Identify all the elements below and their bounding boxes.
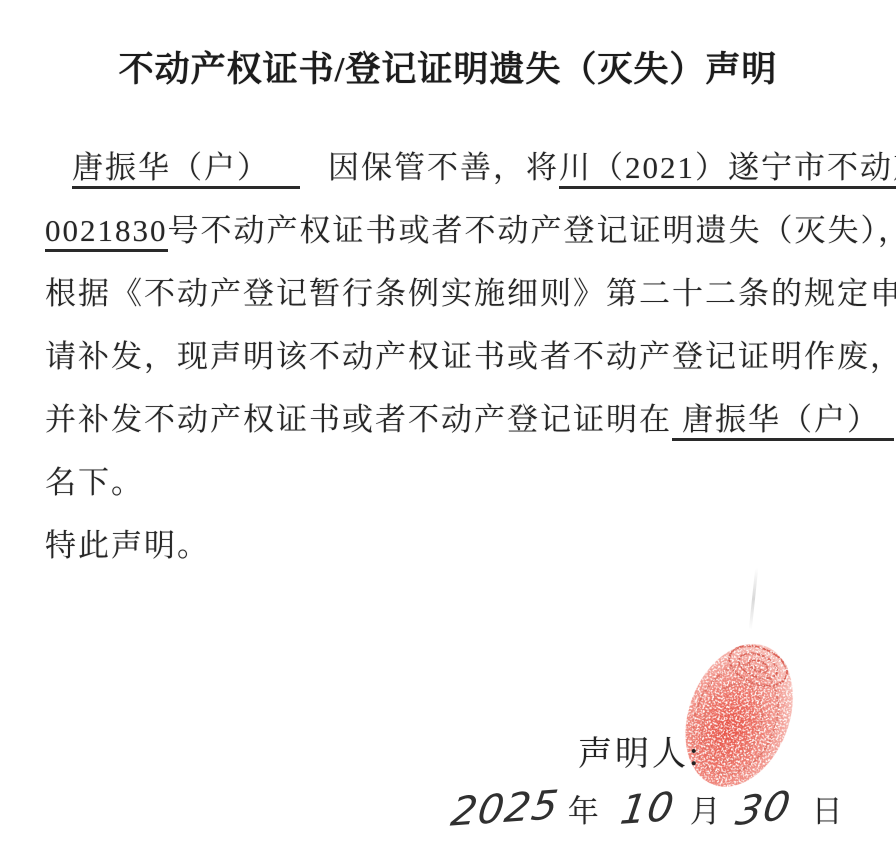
body-line-2: 0021830号不动产权证书或者不动产登记证明遗失（灭失）， xyxy=(45,199,865,262)
ink-smudge xyxy=(749,568,758,630)
grantee-name-underlined: 唐振华（户） xyxy=(672,402,894,441)
body-line-7: 特此声明。 xyxy=(45,514,865,577)
body-line-3: 根据《不动产登记暂行条例实施细则》第二十二条的规定申 xyxy=(45,262,865,325)
declarant-name-underlined: 唐振华（户） xyxy=(72,150,300,189)
month-label: 月 xyxy=(690,786,721,831)
day-label: 日 xyxy=(812,786,843,831)
date-year-handwritten: 2025 xyxy=(448,782,562,835)
declaration-body: 唐振华（户）因保管不善，将川（2021）遂宁市不动产权第 0021830号不动产… xyxy=(45,136,865,577)
body-line-4-text: 请补发，现声明该不动产权证书或者不动产登记证明作废， xyxy=(45,339,896,374)
date-day-handwritten: 30 xyxy=(732,783,794,835)
certificate-prefix-underlined: 川（2021）遂宁市不动产权第 xyxy=(559,150,896,189)
declaration-document: 不动产权证书/登记证明遗失（灭失）声明 唐振华（户）因保管不善，将川（2021）… xyxy=(0,0,896,861)
body-line-2-text: 号不动产权证书或者不动产登记证明遗失（灭失）， xyxy=(168,213,896,248)
fingerprint-stamp xyxy=(676,622,812,802)
year-label: 年 xyxy=(568,786,599,831)
body-line-1: 唐振华（户）因保管不善，将川（2021）遂宁市不动产权第 xyxy=(45,136,865,199)
body-line-5-text: 并补发不动产权证书或者不动产登记证明在 xyxy=(45,402,672,437)
body-line-6-text: 名下。 xyxy=(45,465,144,500)
body-line-1-text: 因保管不善，将 xyxy=(328,150,559,185)
body-line-4: 请补发，现声明该不动产权证书或者不动产登记证明作废， xyxy=(45,325,865,388)
signature-label: 声明人: xyxy=(578,726,701,775)
certificate-number-underlined: 0021830 xyxy=(45,213,168,252)
date-month-handwritten: 10 xyxy=(617,784,677,834)
body-line-3-text: 根据《不动产登记暂行条例实施细则》第二十二条的规定申 xyxy=(45,276,896,311)
document-title: 不动产权证书/登记证明遗失（灭失）声明 xyxy=(0,42,896,92)
body-line-6: 名下。 xyxy=(45,451,865,514)
body-line-7-text: 特此声明。 xyxy=(45,528,210,563)
date-line: 2025 年 10 月 30 日 xyxy=(452,786,843,832)
body-line-5: 并补发不动产权证书或者不动产登记证明在唐振华（户） xyxy=(45,388,865,451)
